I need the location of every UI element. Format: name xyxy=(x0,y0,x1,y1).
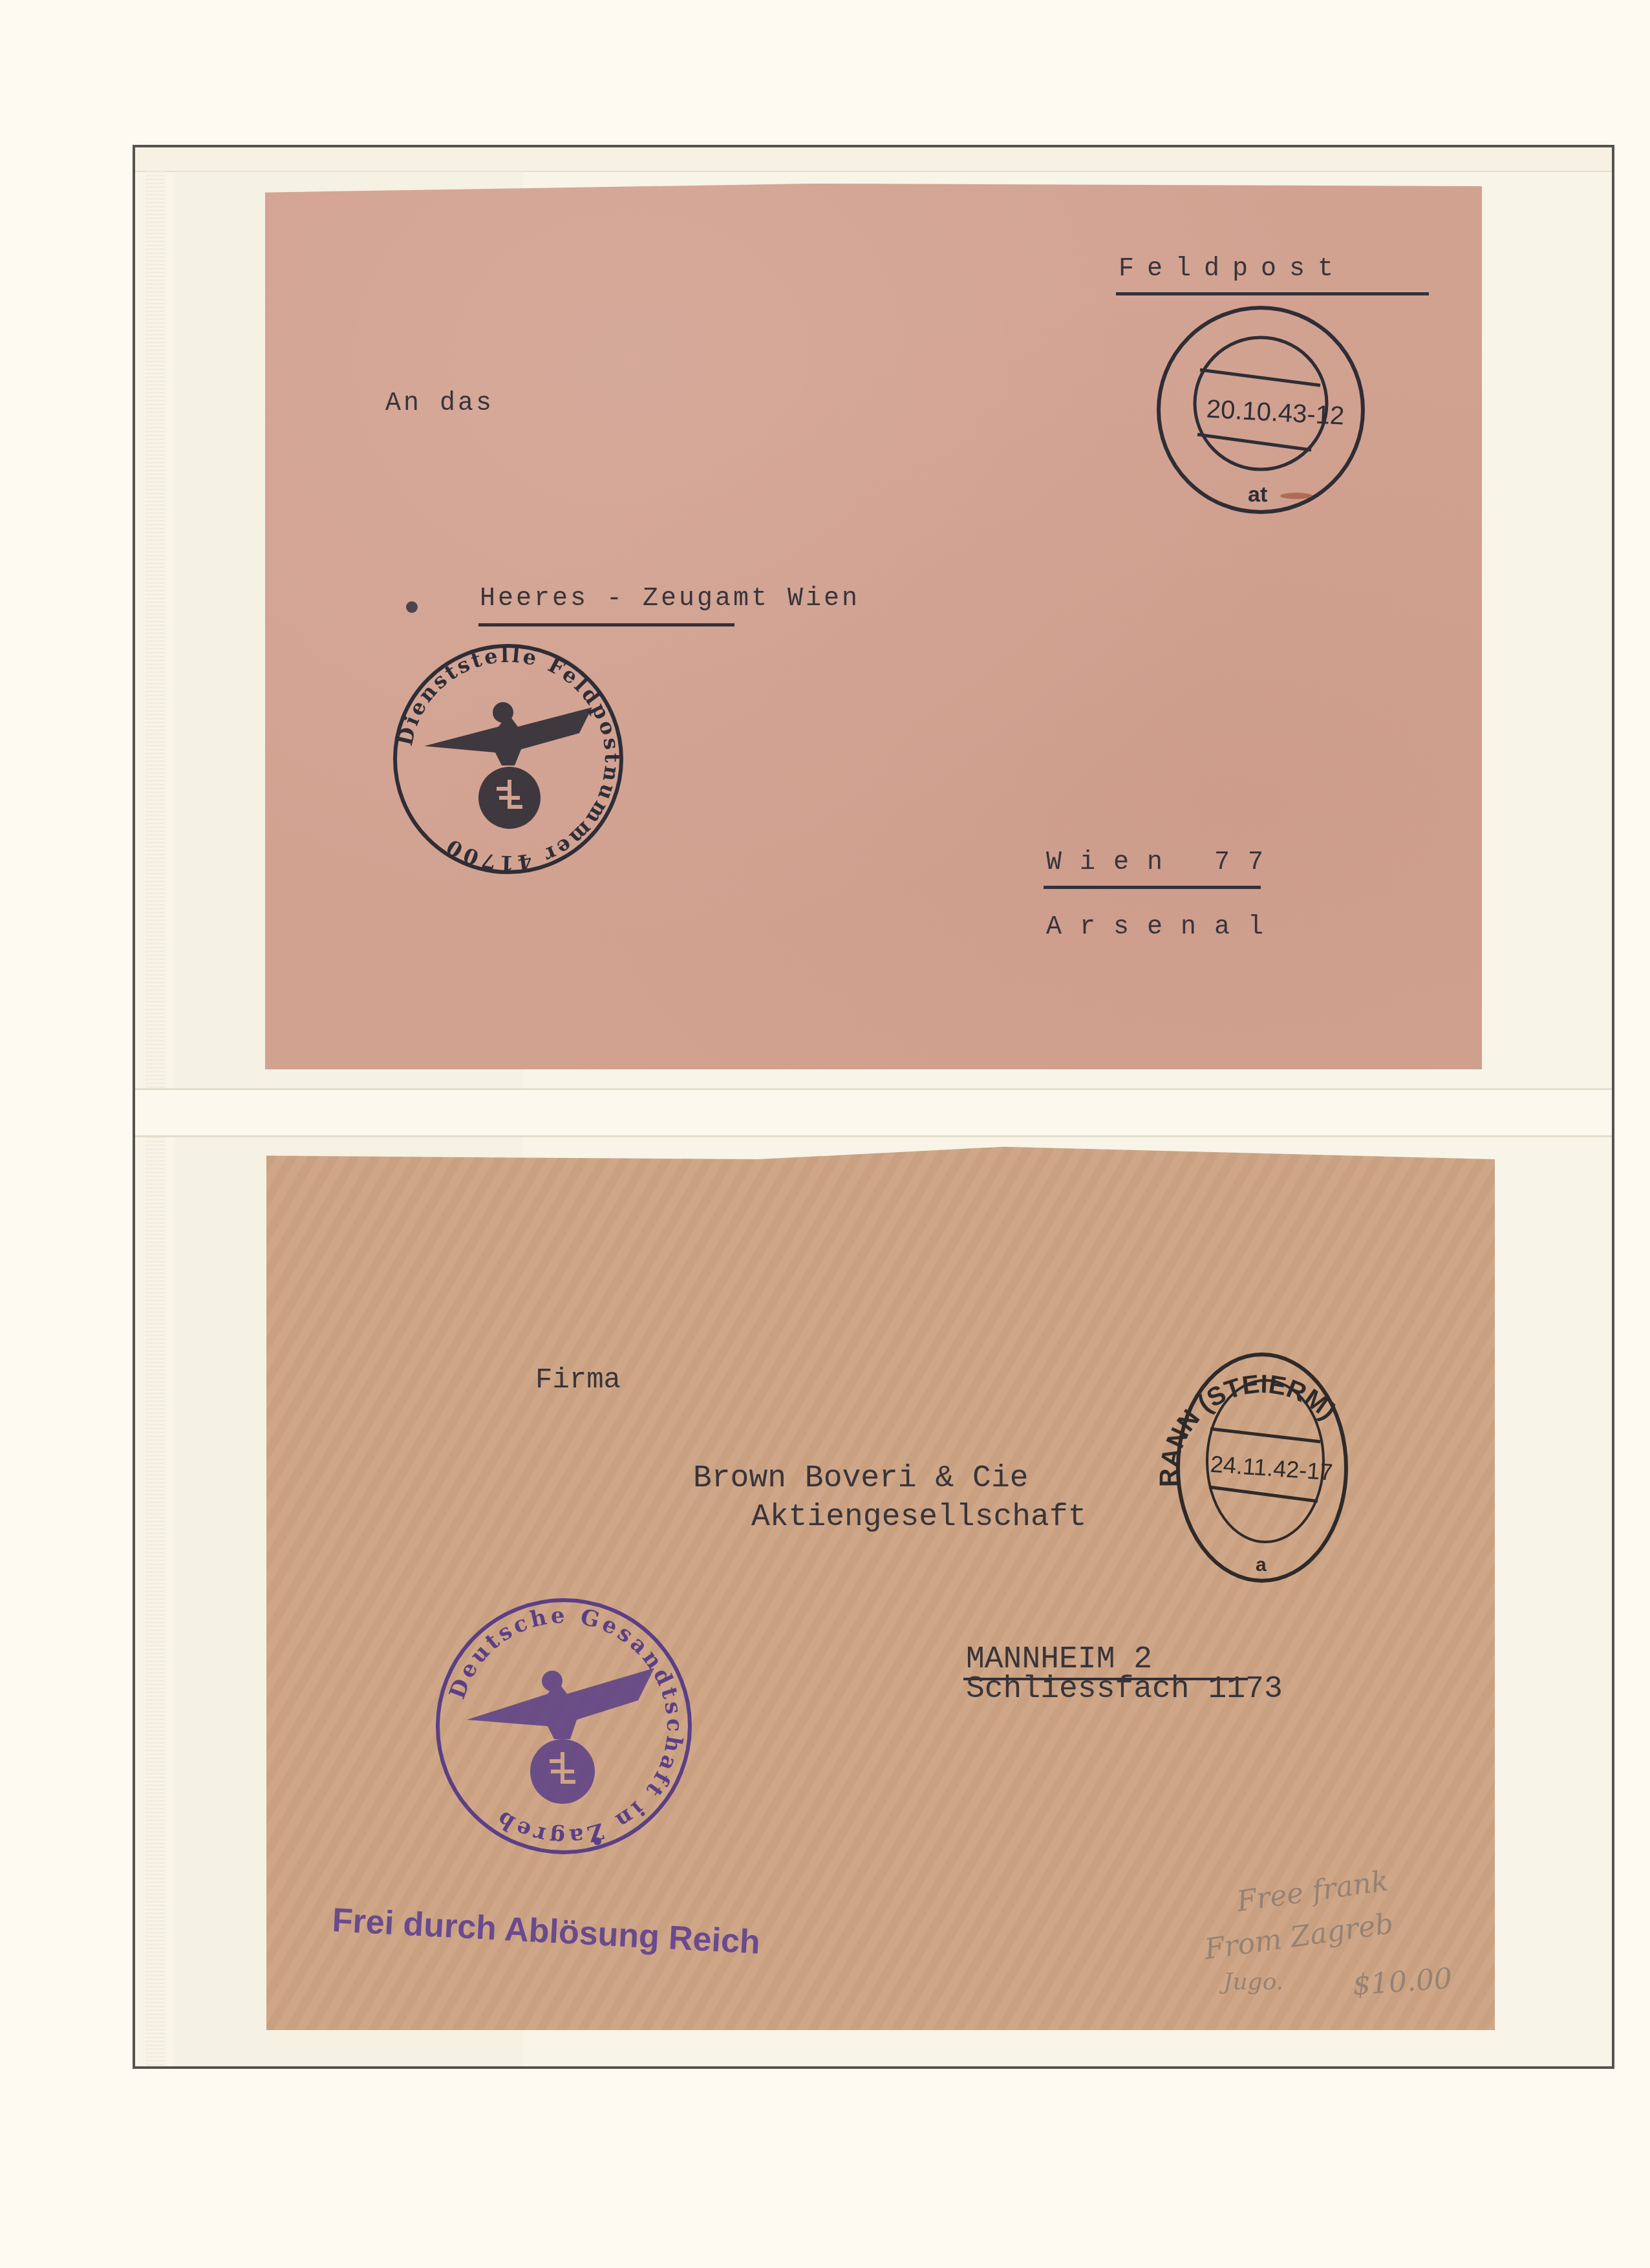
feldpost-header: Feldpost xyxy=(1119,255,1346,284)
recipient: Heeres - Zeugamt Wien xyxy=(480,584,860,614)
postmark-round-icon: 20.10.43-12 at xyxy=(1151,300,1384,533)
franking-cachet-text: Frei durch Ablösung Reich xyxy=(331,1901,761,1962)
city: Wien 77 xyxy=(1046,848,1281,877)
city-underline xyxy=(1044,886,1261,889)
recipient-line-2: Aktiengesellschaft xyxy=(751,1500,1086,1535)
embassy-seal-icon: Deutsche Gesandtschaft in Zagreb xyxy=(422,1584,706,1868)
pencil-note-3: Jugo. xyxy=(1223,1969,1283,1995)
official-seal-icon: Dienststelle Feldpostnummer 41700 xyxy=(385,636,631,882)
rust-stain xyxy=(1280,493,1312,499)
feldpost-underline xyxy=(1116,292,1429,295)
postmark-rann-icon: RANN (STEIERM) 24.11.42-17 a xyxy=(1133,1332,1391,1590)
pencil-note-2: From Zagreb xyxy=(1203,1907,1395,1966)
svg-text:20.10.43-12: 20.10.43-12 xyxy=(1206,395,1345,431)
svg-text:24.11.42-17: 24.11.42-17 xyxy=(1210,1450,1334,1485)
district: Arsenal xyxy=(1046,913,1281,942)
envelope-zagreb: Firma Brown Boveri & Cie Aktiengesellsch… xyxy=(266,1138,1495,2030)
pocket-divider xyxy=(135,1088,1612,1137)
franking-cachet: Frei durch Ablösung Reich xyxy=(331,1901,761,1962)
pencil-note-price: $10.00 xyxy=(1351,1962,1453,2002)
ink-dot xyxy=(406,601,418,613)
recipient-line-1: Brown Boveri & Cie xyxy=(693,1461,1028,1496)
envelope-feldpost: Feldpost 20.10.43-12 at An das Heeres - … xyxy=(265,184,1482,1069)
salutation: Firma xyxy=(535,1364,621,1396)
recipient-underline xyxy=(478,623,734,626)
svg-text:at: at xyxy=(1248,482,1267,507)
svg-text:a: a xyxy=(1256,1554,1267,1576)
salutation: An das xyxy=(385,389,494,418)
pocket-strip-top xyxy=(135,147,1612,172)
postbox: Schliessfach 1173 xyxy=(966,1672,1283,1707)
